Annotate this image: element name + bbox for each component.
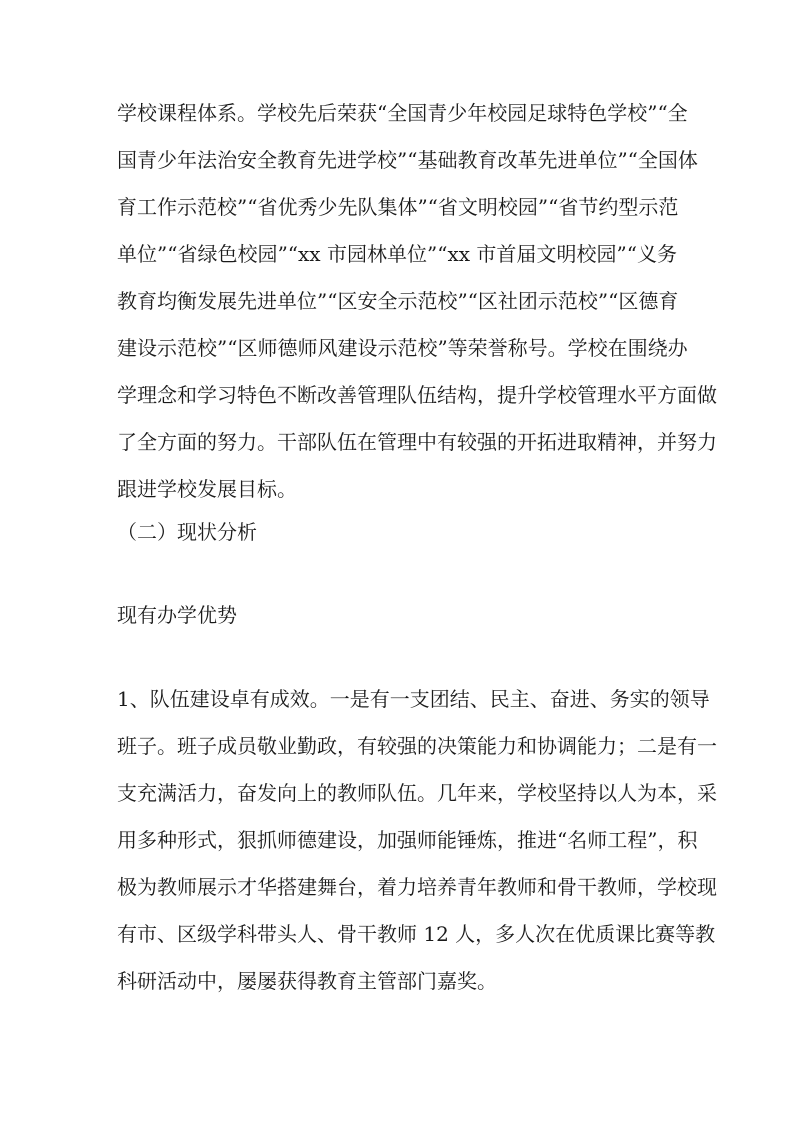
text-line: 极为教师展示才华搭建舞台，着力培养青年教师和骨干教师，学校现 <box>117 875 677 899</box>
document-page: 学校课程体系。学校先后荣获“全国青少年校园足球特色学校”“全 国青少年法治安全教… <box>0 0 793 1122</box>
text-line: 支充满活力，奋发向上的教师队伍。几年来，学校坚持以人为本，采 <box>117 781 677 805</box>
text-line: 科研活动中，屡屡获得教育主管部门嘉奖。 <box>117 969 497 993</box>
subheading: 现有办学优势 <box>117 603 237 627</box>
text-line: 用多种形式，狠抓师德建设，加强师能锤炼，推进“名师工程”，积 <box>117 828 677 852</box>
section-heading: （二）现状分析 <box>117 520 257 544</box>
text-line: 单位”“省绿色校园”“xx 市园林单位”“xx 市首届文明校园”“义务 <box>117 242 677 266</box>
text-line: 有市、区级学科带头人、骨干教师 12 人，多人次在优质课比赛等教 <box>117 922 677 946</box>
text-line: 教育均衡发展先进单位”“区安全示范校”“区社团示范校”“区德育 <box>117 289 677 313</box>
text-line: 跟进学校发展目标。 <box>117 477 297 501</box>
text-line: 1、队伍建设卓有成效。一是有一支团结、民主、奋进、务实的领导 <box>117 687 677 711</box>
text-line: 了全方面的努力。干部队伍在管理中有较强的开拓进取精神，并努力 <box>117 430 677 454</box>
text-line: 育工作示范校”“省优秀少先队集体”“省文明校园”“省节约型示范 <box>117 195 677 219</box>
text-line: 班子。班子成员敬业勤政，有较强的决策能力和协调能力；二是有一 <box>117 734 677 758</box>
text-line: 学校课程体系。学校先后荣获“全国青少年校园足球特色学校”“全 <box>117 101 677 125</box>
text-line: 学理念和学习特色不断改善管理队伍结构，提升学校管理水平方面做 <box>117 383 677 407</box>
text-line: 建设示范校”“区师德师风建设示范校”等荣誉称号。学校在围绕办 <box>117 336 677 360</box>
text-line: 国青少年法治安全教育先进学校”“基础教育改革先进单位”“全国体 <box>117 148 677 172</box>
